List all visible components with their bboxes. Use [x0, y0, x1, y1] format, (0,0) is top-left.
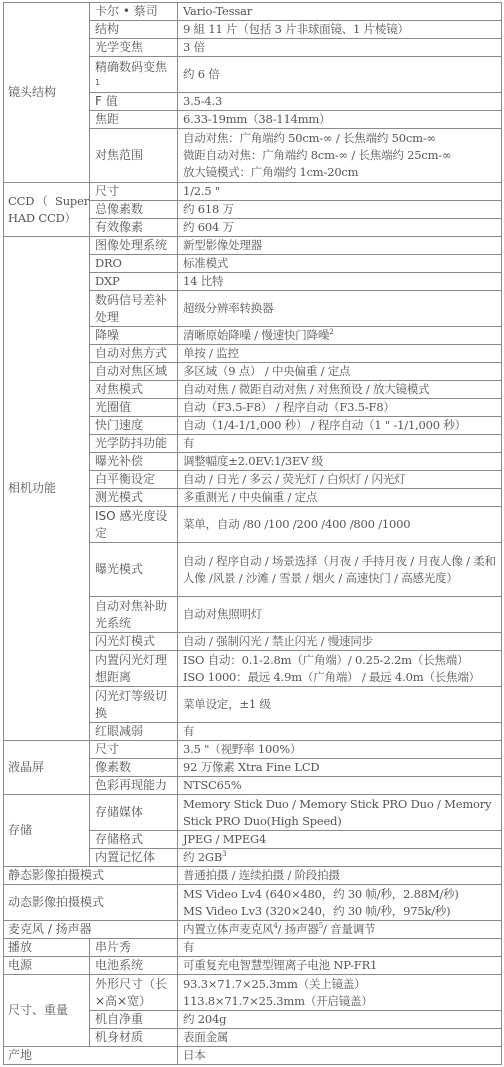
- row-value: 自动 / 强制闪光 / 禁止闪光 / 慢速同步: [178, 633, 502, 651]
- row-label: 降噪: [90, 327, 178, 345]
- footnote-marker: 3: [222, 850, 226, 858]
- row-label: 串片秀: [90, 939, 178, 957]
- row-label: 内置记忆体: [90, 849, 178, 867]
- row-label: 存储媒体: [90, 795, 178, 831]
- row-label: 尺寸: [90, 183, 178, 201]
- row-label: F 值: [90, 93, 178, 111]
- table-row: 液晶屏 尺寸 3.5 "（视野率 100%）: [4, 741, 502, 759]
- row-label: DXP: [90, 273, 178, 291]
- row-label: 尺寸: [90, 741, 178, 759]
- row-label: ISO 感光度设定: [90, 507, 178, 543]
- footnote-marker: 2: [329, 328, 333, 336]
- value-line: 放大镜模式：广角端约 1cm-20cm: [183, 164, 501, 181]
- table-row: 镜头结构 卡尔 • 蔡司 Vario-Tessar: [4, 3, 502, 21]
- value-text: / 扬声器: [278, 922, 319, 936]
- row-value: 新型影像处理器: [178, 237, 502, 255]
- row-value: Memory Stick Duo / Memory Stick PRO Duo …: [178, 795, 502, 831]
- spec-table: 镜头结构 卡尔 • 蔡司 Vario-Tessar 结构 9 組 11 片（包括…: [3, 2, 502, 1065]
- row-value: 约 2GB3: [178, 849, 502, 867]
- row-label: 像素数: [90, 759, 178, 777]
- row-label: 图像处理系统: [90, 237, 178, 255]
- value-line: 113.8×71.7×25.3mm（开启镜盖）: [183, 993, 501, 1010]
- row-value: 菜单，自动 /80 /100 /200 /400 /800 /1000: [178, 507, 502, 543]
- row-label: 自动对焦区域: [90, 363, 178, 381]
- row-value: 普通拍摄 / 连续拍摄 / 阶段拍摄: [178, 867, 502, 885]
- row-label: 总像素数: [90, 201, 178, 219]
- category-ccd: CCD（ Super HAD CCD）: [4, 183, 90, 237]
- category-power: 电源: [4, 957, 90, 975]
- row-value: MS Video Lv4 (640×480，约 30 帧/秒，2.88M/秒) …: [178, 885, 502, 921]
- row-label: 产地: [4, 1047, 178, 1065]
- category-camera-functions: 相机功能: [4, 237, 90, 741]
- row-value: 自动 / 程序自动 / 场景选择（月夜 / 手持月夜 / 月夜人像 / 柔和人像…: [178, 543, 502, 597]
- value-text: 清晰原始降噪 / 慢速快门降噪: [183, 328, 329, 342]
- row-value: 多重测光 / 中央偏重 / 定点: [178, 489, 502, 507]
- row-label: 红眼减弱: [90, 723, 178, 741]
- row-label: 曝光模式: [90, 543, 178, 597]
- row-value: 多区域（9 点） / 中央偏重 / 定点: [178, 363, 502, 381]
- row-value: 清晰原始降噪 / 慢速快门降噪2: [178, 327, 502, 345]
- row-label: 测光模式: [90, 489, 178, 507]
- table-row: CCD（ Super HAD CCD） 尺寸 1/2.5 ": [4, 183, 502, 201]
- row-label: DRO: [90, 255, 178, 273]
- row-value: 可重复充电智慧型锂离子电池 NP-FR1: [178, 957, 502, 975]
- table-row: 产地 日本: [4, 1047, 502, 1065]
- row-label: 色彩再现能力: [90, 777, 178, 795]
- row-label: 白平衡设定: [90, 471, 178, 489]
- row-value: 超级分辨率转换器: [178, 291, 502, 327]
- row-label: 机自净重: [90, 1011, 178, 1029]
- row-value: 内置立体声麦克风4/ 扬声器5/ 音量调节: [178, 921, 502, 939]
- category-storage: 存储: [4, 795, 90, 867]
- row-label: 曝光补偿: [90, 453, 178, 471]
- row-value: 自动对焦照明灯: [178, 597, 502, 633]
- row-label: 电池系统: [90, 957, 178, 975]
- value-line: ISO 自动：0.1-2.8m（广角端）/ 0.25-2.2m（长焦端）: [183, 652, 501, 669]
- value-line: ISO 1000：最远 4.9m（广角端） / 最远 4.0m（长焦端）: [183, 669, 501, 686]
- category-lcd: 液晶屏: [4, 741, 90, 795]
- row-label: 数码信号差补处理: [90, 291, 178, 327]
- category-lens: 镜头结构: [4, 3, 90, 183]
- row-value: 92 万像素 Xtra Fine LCD: [178, 759, 502, 777]
- value-line: 微距自动对焦：广角端约 8cm-∞ / 长焦端约 25cm-∞: [183, 147, 501, 164]
- row-label: 光学防抖功能: [90, 435, 178, 453]
- row-label: 闪光灯模式: [90, 633, 178, 651]
- row-label: 光圈值: [90, 399, 178, 417]
- row-label: 闪光灯等级切换: [90, 687, 178, 723]
- row-value: 日本: [178, 1047, 502, 1065]
- table-row: 存储 存储媒体 Memory Stick Duo / Memory Stick …: [4, 795, 502, 831]
- table-row: 麦克风 / 扬声器 内置立体声麦克风4/ 扬声器5/ 音量调节: [4, 921, 502, 939]
- value-line: 自动对焦：广角端约 50cm-∞ / 长焦端约 50cm-∞: [183, 130, 501, 147]
- value-line: MS Video Lv3 (320×240，约 30 帧/秒，975k/秒): [183, 903, 501, 920]
- row-value: JPEG / MPEG4: [178, 831, 502, 849]
- row-value: 调整幅度±2.0EV:1/3EV 级: [178, 453, 502, 471]
- value-line: 93.3×71.7×25.3mm（关上镜盖）: [183, 976, 501, 993]
- row-label: 外形尺寸（长×高×宽）: [90, 975, 178, 1011]
- table-row: 电源 电池系统 可重复充电智慧型锂离子电池 NP-FR1: [4, 957, 502, 975]
- row-label: 对焦模式: [90, 381, 178, 399]
- table-row: 动态影像拍摄模式 MS Video Lv4 (640×480，约 30 帧/秒，…: [4, 885, 502, 921]
- row-label: 有效像素: [90, 219, 178, 237]
- row-value: 标准模式: [178, 255, 502, 273]
- row-label: 卡尔 • 蔡司: [90, 3, 178, 21]
- label-text: 精确数码变焦: [95, 60, 167, 74]
- row-value: 自动 / 日光 / 多云 / 荧光灯 / 白炽灯 / 闪光灯: [178, 471, 502, 489]
- row-value: 有: [178, 939, 502, 957]
- table-row: 相机功能 图像处理系统 新型影像处理器: [4, 237, 502, 255]
- row-value: 自动对焦：广角端约 50cm-∞ / 长焦端约 50cm-∞ 微距自动对焦：广角…: [178, 129, 502, 183]
- row-value: 9 組 11 片（包括 3 片非球面镜、1 片棱镜）: [178, 21, 502, 39]
- row-value: 14 比特: [178, 273, 502, 291]
- row-value: 自动对焦 / 微距自动对焦 / 对焦预设 / 放大镜模式: [178, 381, 502, 399]
- row-value: 3.5 "（视野率 100%）: [178, 741, 502, 759]
- table-row: 静态影像拍摄模式 普通拍摄 / 连续拍摄 / 阶段拍摄: [4, 867, 502, 885]
- row-label: 动态影像拍摄模式: [4, 885, 178, 921]
- row-value: 自动（F3.5-F8） / 程序自动（F3.5-F8）: [178, 399, 502, 417]
- row-value: 93.3×71.7×25.3mm（关上镜盖） 113.8×71.7×25.3mm…: [178, 975, 502, 1011]
- row-label: 静态影像拍摄模式: [4, 867, 178, 885]
- row-label: 自动对焦方式: [90, 345, 178, 363]
- row-value: 菜单设定，±1 级: [178, 687, 502, 723]
- row-label: 麦克风 / 扬声器: [4, 921, 178, 939]
- row-value: 约 6 倍: [178, 57, 502, 93]
- row-value: 有: [178, 723, 502, 741]
- row-value: ISO 自动：0.1-2.8m（广角端）/ 0.25-2.2m（长焦端） ISO…: [178, 651, 502, 687]
- value-line: MS Video Lv4 (640×480，约 30 帧/秒，2.88M/秒): [183, 886, 501, 903]
- row-value: 单按 / 监控: [178, 345, 502, 363]
- value-text: / 音量调节: [323, 922, 375, 936]
- category-playback: 播放: [4, 939, 90, 957]
- row-label: 结构: [90, 21, 178, 39]
- row-value: 3 倍: [178, 39, 502, 57]
- row-label: 焦距: [90, 111, 178, 129]
- row-value: 约 604 万: [178, 219, 502, 237]
- row-value: 1/2.5 ": [178, 183, 502, 201]
- row-label: 精确数码变焦1: [90, 57, 178, 93]
- row-label: 对焦范围: [90, 129, 178, 183]
- row-label: 机身材质: [90, 1029, 178, 1047]
- category-size-weight: 尺寸、重量: [4, 975, 90, 1047]
- row-value: 表面金属: [178, 1029, 502, 1047]
- value-text: 内置立体声麦克风: [183, 922, 273, 936]
- row-value: 有: [178, 435, 502, 453]
- row-value: 自动（1/4-1/1,000 秒） / 程序自动（1 " -1/1,000 秒）: [178, 417, 502, 435]
- row-label: 光学变焦: [90, 39, 178, 57]
- row-label: 内置闪光灯理想距离: [90, 651, 178, 687]
- row-label: 存储格式: [90, 831, 178, 849]
- value-text: 约 2GB: [183, 850, 222, 864]
- row-label: 快门速度: [90, 417, 178, 435]
- row-label: 自动对焦补助光系统: [90, 597, 178, 633]
- footnote-marker: 1: [95, 76, 177, 90]
- row-value: Vario-Tessar: [178, 3, 502, 21]
- row-value: 6.33-19mm（38-114mm）: [178, 111, 502, 129]
- row-value: 约 204g: [178, 1011, 502, 1029]
- row-value: 约 618 万: [178, 201, 502, 219]
- row-value: NTSC65%: [178, 777, 502, 795]
- table-row: 播放 串片秀 有: [4, 939, 502, 957]
- table-row: 尺寸、重量 外形尺寸（长×高×宽） 93.3×71.7×25.3mm（关上镜盖）…: [4, 975, 502, 1011]
- row-value: 3.5-4.3: [178, 93, 502, 111]
